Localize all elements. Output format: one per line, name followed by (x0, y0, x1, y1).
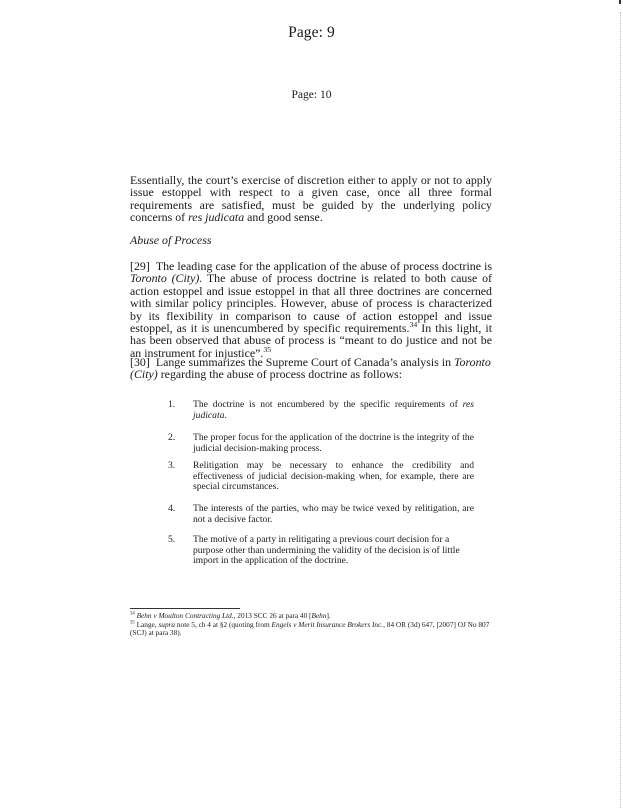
paragraph-29: [29]The leading case for the application… (130, 260, 492, 359)
list-item-text-plain: The doctrine is not encumbered by the sp… (193, 399, 463, 410)
intro-text-2: and good sense. (244, 210, 323, 224)
list-item: 4. The interests of the parties, who may… (168, 504, 474, 525)
list-item-text-after: . (224, 410, 226, 421)
list-item-text: The motive of a party in relitigating a … (193, 535, 474, 567)
inner-page-number: Page: 10 (0, 89, 623, 101)
list-item: 1. The doctrine is not encumbered by the… (168, 400, 474, 421)
footnote-text-2: note 5, ch 4 at §2 (quoting from (175, 620, 271, 629)
list-item-number: 4. (168, 504, 186, 515)
list-item-text: The proper focus for the application of … (193, 433, 474, 454)
footnote-ref-35: 35 (263, 345, 271, 354)
list-item-text: Relitigation may be necessary to enhance… (193, 461, 474, 493)
section-heading-abuse-of-process: Abuse of Process (130, 233, 211, 248)
scan-edge-line (620, 12, 621, 808)
footnote-number: 34 (130, 612, 135, 617)
footnote-number: 35 (130, 620, 135, 625)
footnote-35: 35 Lange, supra note 5, ch 4 at §2 (quot… (130, 621, 492, 638)
list-item: 2. The proper focus for the application … (168, 433, 474, 454)
list-item-text: The doctrine is not encumbered by the sp… (193, 400, 474, 421)
list-item-number: 5. (168, 535, 186, 546)
footnotes: 34 Behn v Moulton Contracting Ltd., 2013… (130, 612, 492, 638)
list-item: 5. The motive of a party in relitigating… (168, 535, 474, 567)
list-item-number: 3. (168, 461, 186, 472)
list-item-number: 1. (168, 400, 186, 411)
intro-italic-res-judicata: res judicata (188, 210, 244, 224)
list-item-number: 2. (168, 433, 186, 444)
list-item: 3. Relitigation may be necessary to enha… (168, 461, 474, 493)
intro-paragraph: Essentially, the court’s exercise of dis… (130, 174, 492, 224)
footnote-case-name: Engels v Merit Insurance Brokers Inc. (272, 620, 384, 629)
para30-text-2: regarding the abuse of process doctrine … (158, 367, 402, 381)
paragraph-30: [30]Lange summarizes the Supreme Court o… (130, 356, 500, 381)
scan-artifact-mark (619, 0, 621, 4)
list-item-text: The interests of the parties, who may be… (193, 504, 474, 525)
outer-page-number: Page: 9 (0, 24, 623, 42)
footnote-separator (130, 608, 240, 609)
